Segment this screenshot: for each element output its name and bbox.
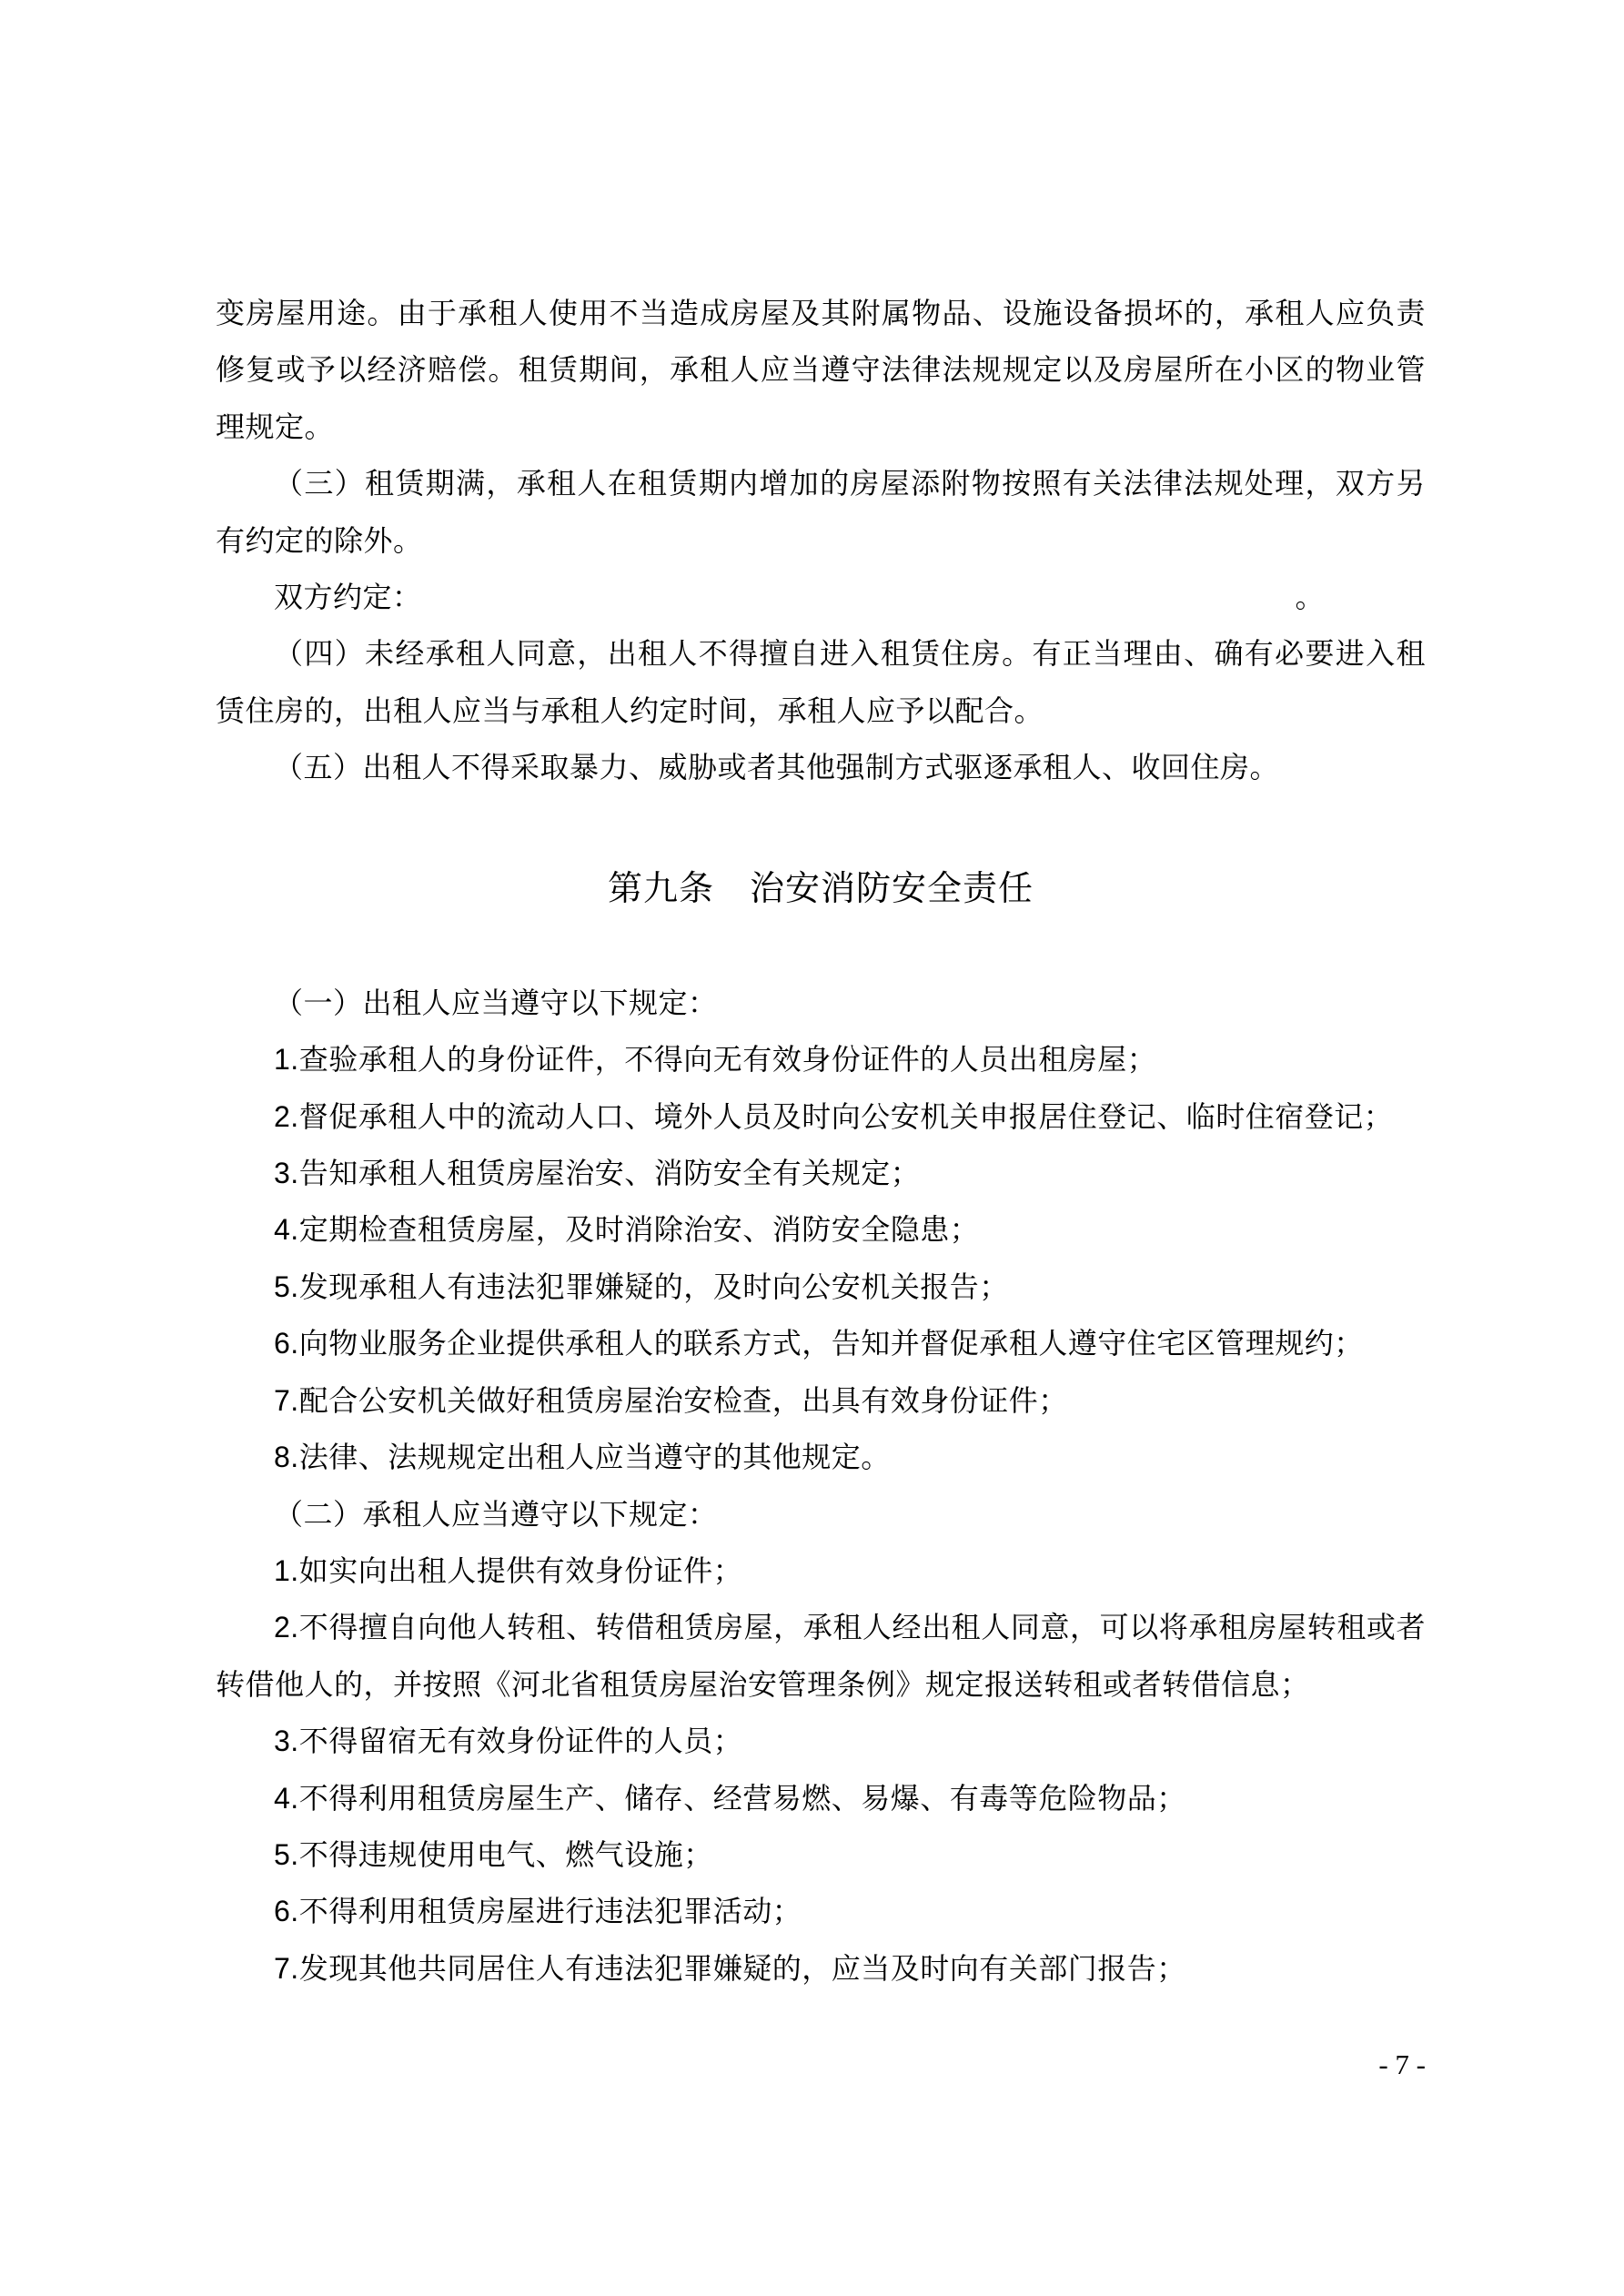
paragraph-continuation: 变房屋用途。由于承租人使用不当造成房屋及其附属物品、设施设备损坏的，承租人应负责… [216,285,1426,455]
lessor-rule-1: 1.查验承租人的身份证件，不得向无有效身份证件的人员出租房屋； [216,1031,1426,1087]
lessee-rule-5: 5.不得违规使用电气、燃气设施； [216,1826,1426,1883]
lessor-rule-5: 5.发现承租人有违法犯罪嫌疑的，及时向公安机关报告； [216,1259,1426,1315]
lessee-rule-4: 4.不得利用租赁房屋生产、储存、经营易燃、易爆、有毒等危险物品； [216,1770,1426,1826]
lessor-rule-3: 3.告知承租人租赁房屋治安、消防安全有关规定； [216,1145,1426,1201]
lessee-rule-1: 1.如实向出租人提供有效身份证件； [216,1542,1426,1599]
agreement-blank-field[interactable] [422,606,1296,607]
lessee-rule-3: 3.不得留宿无有效身份证件的人员； [216,1713,1426,1769]
article-9-title: 第九条 治安消防安全责任 [216,861,1426,917]
lessee-rules-heading: （二）承租人应当遵守以下规定： [216,1486,1426,1542]
agreement-period: 。 [1296,581,1326,613]
blank-line [216,796,1426,853]
lessor-rule-4: 4.定期检查租赁房屋，及时消除治安、消防安全隐患； [216,1201,1426,1258]
lessor-rule-7: 7.配合公安机关做好租赁房屋治安检查，出具有效身份证件； [216,1372,1426,1429]
lessee-rule-2: 2.不得擅自向他人转租、转借租赁房屋，承租人经出租人同意，可以将承租房屋转租或者… [216,1599,1426,1713]
lessor-rule-6: 6.向物业服务企业提供承租人的联系方式，告知并督促承租人遵守住宅区管理规约； [216,1315,1426,1371]
text-block: 变房屋用途。由于承租人使用不当造成房屋及其附属物品、设施设备损坏的，承租人应负责… [216,0,1426,1997]
agreement-fill-line: 双方约定：。 [216,569,1426,625]
page-number: - 7 - [216,2049,1426,2080]
clause-item-4: （四）未经承租人同意，出租人不得擅自进入租赁住房。有正当理由、确有必要进入租赁住… [216,625,1426,739]
lessor-rule-2: 2.督促承租人中的流动人口、境外人员及时向公安机关申报居住登记、临时住宿登记； [216,1088,1426,1145]
lessee-rule-7: 7.发现其他共同居住人有违法犯罪嫌疑的，应当及时向有关部门报告； [216,1940,1426,1997]
lessor-rule-8: 8.法律、法规规定出租人应当遵守的其他规定。 [216,1429,1426,1485]
lessee-rule-6: 6.不得利用租赁房屋进行违法犯罪活动； [216,1883,1426,1939]
agreement-label: 双方约定： [274,581,422,613]
blank-line [216,917,1426,974]
clause-item-3: （三）租赁期满，承租人在租赁期内增加的房屋添附物按照有关法律法规处理，双方另有约… [216,455,1426,569]
lessor-rules-heading: （一）出租人应当遵守以下规定： [216,975,1426,1031]
document-page: 变房屋用途。由于承租人使用不当造成房屋及其附属物品、设施设备损坏的，承租人应负责… [0,0,1624,2296]
clause-item-5: （五）出租人不得采取暴力、威胁或者其他强制方式驱逐承租人、收回住房。 [216,739,1426,795]
